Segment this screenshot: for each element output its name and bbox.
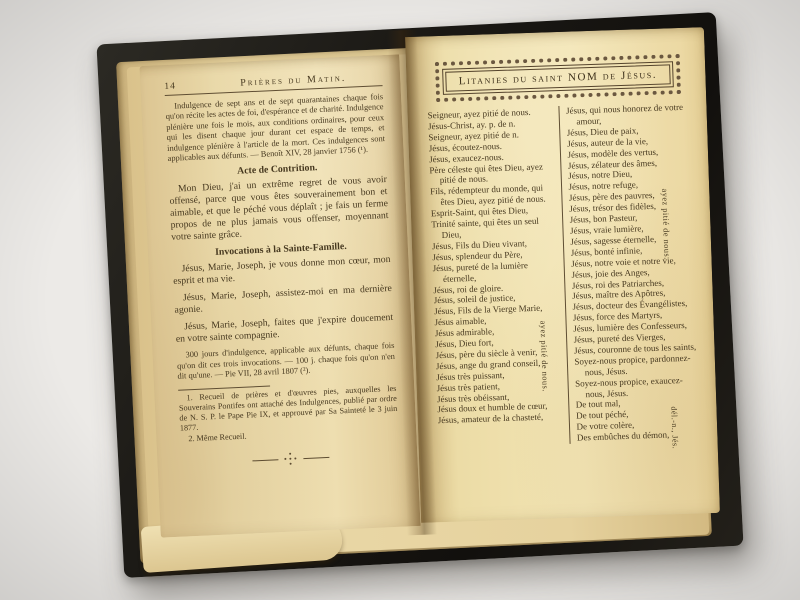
- right-page: Litanies du saint NOM de Jésus. Seigneur…: [405, 27, 720, 523]
- footnotes-list: 1. Recueil de prières et d'œuvres pies, …: [178, 383, 398, 444]
- litany-column-right: Jésus, qui nous honorez de votre amour,J…: [558, 102, 702, 444]
- ornament-dash-left: [252, 459, 278, 461]
- litany-title-frame: Litanies du saint NOM de Jésus.: [442, 61, 674, 95]
- invocation-paragraph: Jésus, Marie, Joseph, assistez-moi en ma…: [174, 283, 393, 317]
- left-page: 14 Prières du Matin. Indulgence de sept …: [139, 54, 420, 537]
- acte-de-contrition-text: Mon Dieu, j'ai un extrême regret de vous…: [169, 174, 389, 244]
- ornament-dot-cross: [283, 451, 299, 467]
- invocations-list: Jésus, Marie, Joseph, je vous donne mon …: [172, 254, 393, 346]
- litany-title: Litanies du saint NOM de Jésus.: [445, 64, 671, 91]
- indulgence-note-2: 300 jours d'indulgence, applicable aux d…: [176, 341, 395, 382]
- side-label-delivrez-nous: dél.-n., Jés.: [669, 406, 679, 449]
- litany-line: Fils, rédempteur du monde, qui êtes Dieu…: [430, 183, 555, 209]
- asterism-ornament: [181, 446, 399, 471]
- running-head-row: 14 Prières du Matin.: [164, 71, 382, 92]
- book-photo: 14 Prières du Matin. Indulgence de sept …: [0, 0, 800, 600]
- indulgence-note: Indulgence de sept ans et de sept quaran…: [165, 92, 386, 164]
- litany-columns: Seigneur, ayez pitié de nous.Jésus-Chris…: [427, 102, 701, 449]
- litany-title-lace-border: Litanies du saint NOM de Jésus.: [435, 54, 682, 102]
- invocation-paragraph: Jésus, Marie, Joseph, faites que j'expir…: [175, 312, 394, 346]
- page-number: 14: [164, 80, 204, 92]
- ornament-dash-right: [303, 457, 329, 459]
- invocation-paragraph: Jésus, Marie, Joseph, je vous donne mon …: [172, 254, 391, 288]
- litany-column-left: Seigneur, ayez pitié de nous.Jésus-Chris…: [427, 106, 569, 448]
